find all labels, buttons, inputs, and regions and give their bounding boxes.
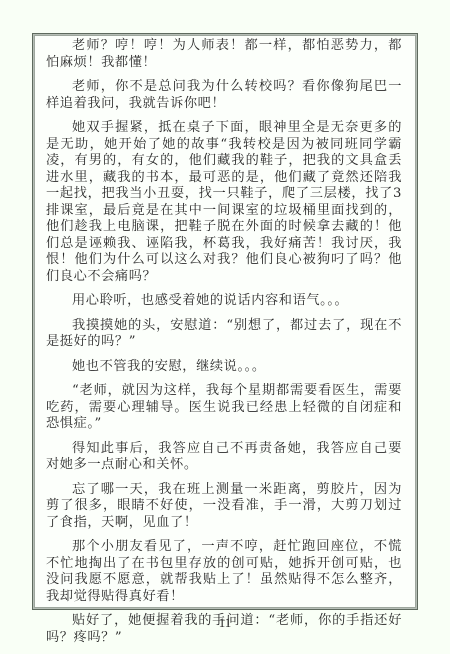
paragraph: 忘了哪一天，我在班上测量一米距离，剪胶片，因为剪了很多，眼睛不好使，一没看准，手… [46, 482, 402, 532]
paragraph: 她双手握紧，抵在桌子下面，眼神里全是无奈更多的是无助，她开始了她的故事“我转校是… [46, 120, 402, 285]
page-frame: 老师？哼！哼！为人师表！都一样，都怕恶势力，都怕麻烦！我都懂！ 老师，你不是总问… [32, 33, 418, 610]
paragraph: 用心聆听，也感受着她的说话内容和语气。。。 [46, 293, 402, 310]
paragraph: 她也不管我的安慰，继续说。。。 [46, 359, 402, 376]
page-number: 11 [0, 615, 450, 631]
paragraph: 我摸摸她的头，安慰道：“别想了，都过去了，现在不是挺好的吗？” [46, 318, 402, 351]
paragraph: 得知此事后，我答应自己不再责备她，我答应自己要对她多一点耐心和关怀。 [46, 441, 402, 474]
paragraph: “老师，就因为这样，我每个星期都需要看医生，需要吃药，需要心理辅导。医生说我已经… [46, 383, 402, 433]
paragraph: 老师，你不是总问我为什么转校吗？看你像狗尾巴一样追着我问，我就告诉你吧！ [46, 79, 402, 112]
page-content: 老师？哼！哼！为人师表！都一样，都怕恶势力，都怕麻烦！我都懂！ 老师，你不是总问… [46, 38, 402, 640]
paragraph: 那个小朋友看见了，一声不哼，赶忙跑回座位，不慌不忙地掏出了在书包里存放的创可贴，… [46, 539, 402, 605]
paragraph: 老师？哼！哼！为人师表！都一样，都怕恶势力，都怕麻烦！我都懂！ [46, 38, 402, 71]
